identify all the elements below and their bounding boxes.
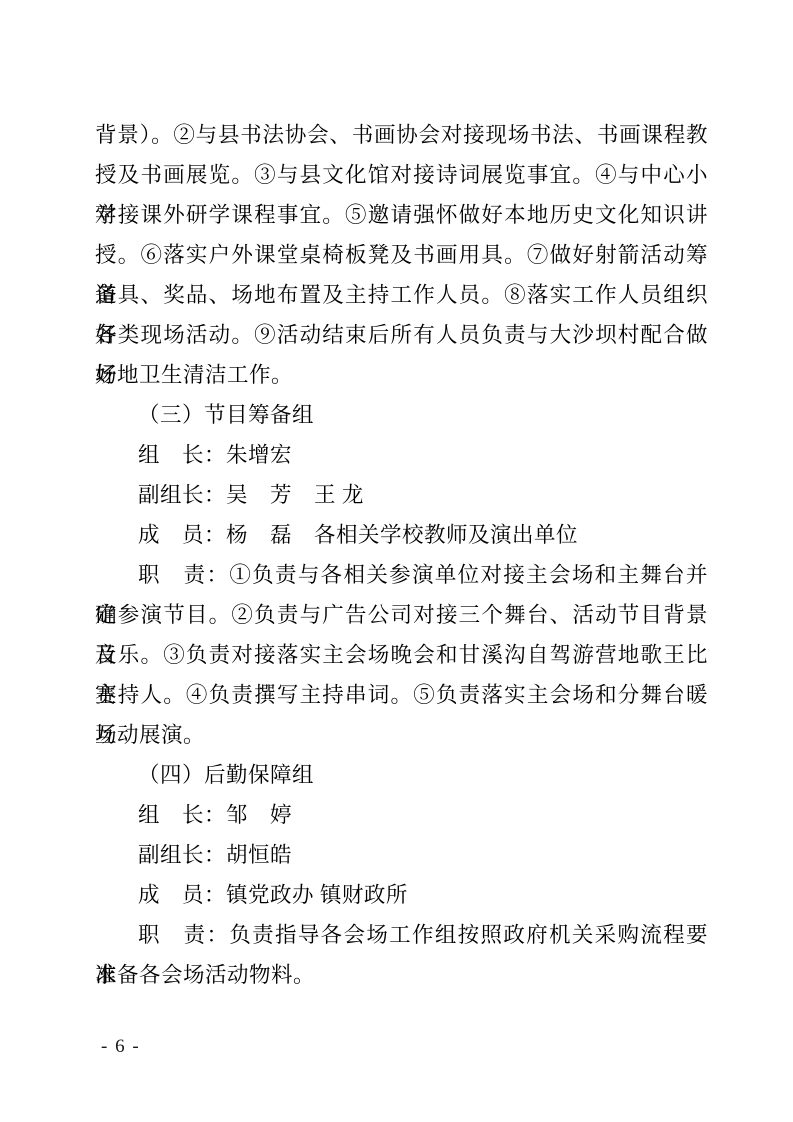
text-line: 主持人。④负责撰写主持串词。⑤负责落实主会场和分舞台暖场	[95, 675, 708, 715]
role-line-leader: 组 长：朱增宏	[95, 435, 708, 475]
role-line-leader: 组 长：邹 婷	[95, 795, 708, 835]
role-line-deputy: 副组长：胡恒皓	[95, 835, 708, 875]
text-line: 道具、奖品、场地布置及主持工作人员。⑧落实工作人员组织好	[95, 275, 708, 315]
page-number: - 6 -	[101, 1034, 140, 1060]
document-body: 背景）。②与县书法协会、书画协会对接现场书法、书画课程教 授及书画展览。③与县文…	[95, 115, 708, 995]
text-line: 定参演节目。②负责与广告公司对接三个舞台、活动节目背景及	[95, 595, 708, 635]
section-heading-4: （四）后勤保障组	[95, 755, 708, 795]
text-line: 背景）。②与县书法协会、书画协会对接现场书法、书画课程教	[95, 115, 708, 155]
text-line: 授。⑥落实户外课堂桌椅板凳及书画用具。⑦做好射箭活动筹备：	[95, 235, 708, 275]
text-line: 准备各会场活动物料。	[95, 955, 708, 995]
role-line-duties: 职 责：负责指导各会场工作组按照政府机关采购流程要求	[95, 915, 708, 955]
document-page: 背景）。②与县书法协会、书画协会对接现场书法、书画课程教 授及书画展览。③与县文…	[0, 0, 793, 1122]
text-line: 音乐。③负责对接落实主会场晚会和甘溪沟自驾游营地歌王比赛	[95, 635, 708, 675]
role-line-duties: 职 责：①负责与各相关参演单位对接主会场和主舞台并确	[95, 555, 708, 595]
role-line-members: 成 员：杨 磊 各相关学校教师及演出单位	[95, 515, 708, 555]
role-line-deputy: 副组长：吴 芳 王 龙	[95, 475, 708, 515]
text-line: 互动展演。	[95, 715, 708, 755]
text-line: 各类现场活动。⑨活动结束后所有人员负责与大沙坝村配合做好	[95, 315, 708, 355]
section-heading-3: （三）节目筹备组	[95, 395, 708, 435]
text-line: 对接课外研学课程事宜。⑤邀请强怀做好本地历史文化知识讲	[95, 195, 708, 235]
role-line-members: 成 员：镇党政办 镇财政所	[95, 875, 708, 915]
text-line: 场地卫生清洁工作。	[95, 355, 708, 395]
text-line: 授及书画展览。③与县文化馆对接诗词展览事宜。④与中心小学	[95, 155, 708, 195]
